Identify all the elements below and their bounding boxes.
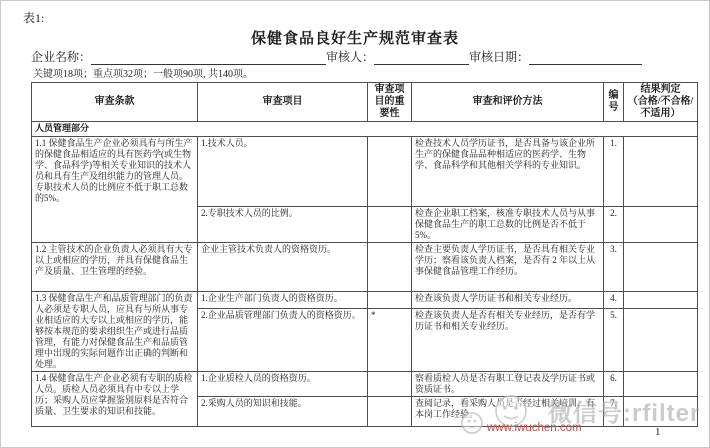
watermark-url: www.iwuchen.com — [487, 422, 582, 434]
company-name-blank — [91, 52, 326, 65]
section-header: 人员管理部分 — [32, 122, 698, 137]
header-item: 审查项目 — [198, 83, 368, 122]
importance-cell — [368, 137, 412, 207]
method-cell: 检查企业职工档案，核准专职技术人员与从事保健食品生产的职工总数的比例是否不低于5… — [412, 207, 604, 243]
result-cell — [624, 137, 698, 207]
result-cell — [624, 309, 698, 372]
importance-cell — [368, 292, 412, 309]
importance-cell — [368, 372, 412, 397]
header-importance: 审查项目的重要性 — [368, 83, 412, 122]
clause-cell: 1.4 保健食品生产企业必须有专职的质检人员。质检人员必须具有中专以上学历；采购… — [32, 372, 198, 427]
importance-cell — [368, 243, 412, 292]
items-count-note: 关键项18项；重点项32项；一般项90项, 共140项。 — [33, 65, 253, 80]
item-cell: 1.技术人员。 — [198, 137, 368, 207]
item-cell: 2.专职技术人员的比例。 — [198, 207, 368, 243]
table-row: 1.1 保健食品生产企业必须具有与所生产的保健食品相适应的具有医药学(或生物学、… — [32, 137, 698, 207]
method-cell: 检查该负责人学历证书和相关专业经历。 — [412, 292, 604, 309]
number-cell: 6. — [604, 372, 624, 397]
auditor-blank — [374, 52, 469, 65]
section-row: 人员管理部分 — [32, 122, 698, 137]
audit-date-label: 审核日期： — [469, 48, 529, 65]
item-cell: 企业主管技术负责人的资格资历。 — [198, 243, 368, 292]
review-table: 审查条款 审查项目 审查项目的重要性 审查和评价方法 编号 结果判定 （合格/不… — [31, 82, 698, 427]
item-cell: 2.企业品质管理部门负责人的资格资历。 — [198, 309, 368, 372]
number-cell: 3. — [604, 243, 624, 292]
importance-cell: * — [368, 309, 412, 372]
number-cell: 7. — [604, 397, 624, 427]
table-label: 表1: — [23, 9, 44, 26]
item-cell: 1.企业生产部门负责人的资格资历。 — [198, 292, 368, 309]
document-title: 保健食品良好生产规范审查表 — [1, 27, 709, 48]
method-cell: 检查主要负责人学历证书，是否具有相关专业学历；察看该负责人档案，是否有 2 年以… — [412, 243, 604, 292]
header-result: 结果判定 （合格/不合格/ 不适用） — [624, 83, 698, 122]
result-cell — [624, 292, 698, 309]
method-cell: 察看质检人员是否有职工登记表及学历证书或资质证书。 — [412, 372, 604, 397]
result-cell — [624, 397, 698, 427]
method-cell: 检查技术人员学历证书，是否具备与该企业所生产的保健食品品种相适应的医药学、生物学… — [412, 137, 604, 207]
item-cell: 2.采购人员的知识和技能。 — [198, 397, 368, 427]
number-cell: 2. — [604, 207, 624, 243]
form-fields-row: 企业名称：审核人：审核日期： — [31, 48, 693, 65]
header-method: 审查和评价方法 — [412, 83, 604, 122]
number-cell: 5. — [604, 309, 624, 372]
company-name-label: 企业名称： — [31, 48, 91, 65]
number-cell: 1. — [604, 137, 624, 207]
header-result-line2: （合格/不合格/ — [626, 96, 695, 108]
item-cell: 1.企业质检人员的资格资历。 — [198, 372, 368, 397]
clause-cell: 1.1 保健食品生产企业必须具有与所生产的保健食品相适应的具有医药学(或生物学、… — [32, 137, 198, 243]
header-clause: 审查条款 — [32, 83, 198, 122]
clause-cell: 1.3 保健食品生产和品质管理部门的负责人必须是专职人员，应具有与所从事专业相适… — [32, 292, 198, 372]
audit-date-blank — [529, 52, 642, 65]
header-result-line1: 结果判定 — [626, 84, 695, 96]
auditor-label: 审核人： — [326, 48, 374, 65]
importance-cell — [368, 397, 412, 427]
clause-cell: 1.2 主管技术的企业负责人必须具有大专以上或相应的学历，并具有保健食品生产及质… — [32, 243, 198, 292]
page-number: 1 — [655, 426, 661, 438]
table-row: 1.3 保健食品生产和品质管理部门的负责人必须是专职人员，应具有与所从事专业相适… — [32, 292, 698, 309]
table-header-row: 审查条款 审查项目 审查项目的重要性 审查和评价方法 编号 结果判定 （合格/不… — [32, 83, 698, 122]
number-cell: 4. — [604, 292, 624, 309]
importance-cell — [368, 207, 412, 243]
result-cell — [624, 243, 698, 292]
table-row: 1.2 主管技术的企业负责人必须具有大专以上或相应的学历，并具有保健食品生产及质… — [32, 243, 698, 292]
header-number: 编号 — [604, 83, 624, 122]
result-cell — [624, 207, 698, 243]
header-result-line3: 不适用） — [626, 108, 695, 120]
table-row: 1.4 保健食品生产企业必须有专职的质检人员。质检人员必须具有中专以上学历；采购… — [32, 372, 698, 397]
result-cell — [624, 372, 698, 397]
method-cell: 检查该负责人是否有相关专业经历，是否有学历证书和相关专业经历。 — [412, 309, 604, 372]
